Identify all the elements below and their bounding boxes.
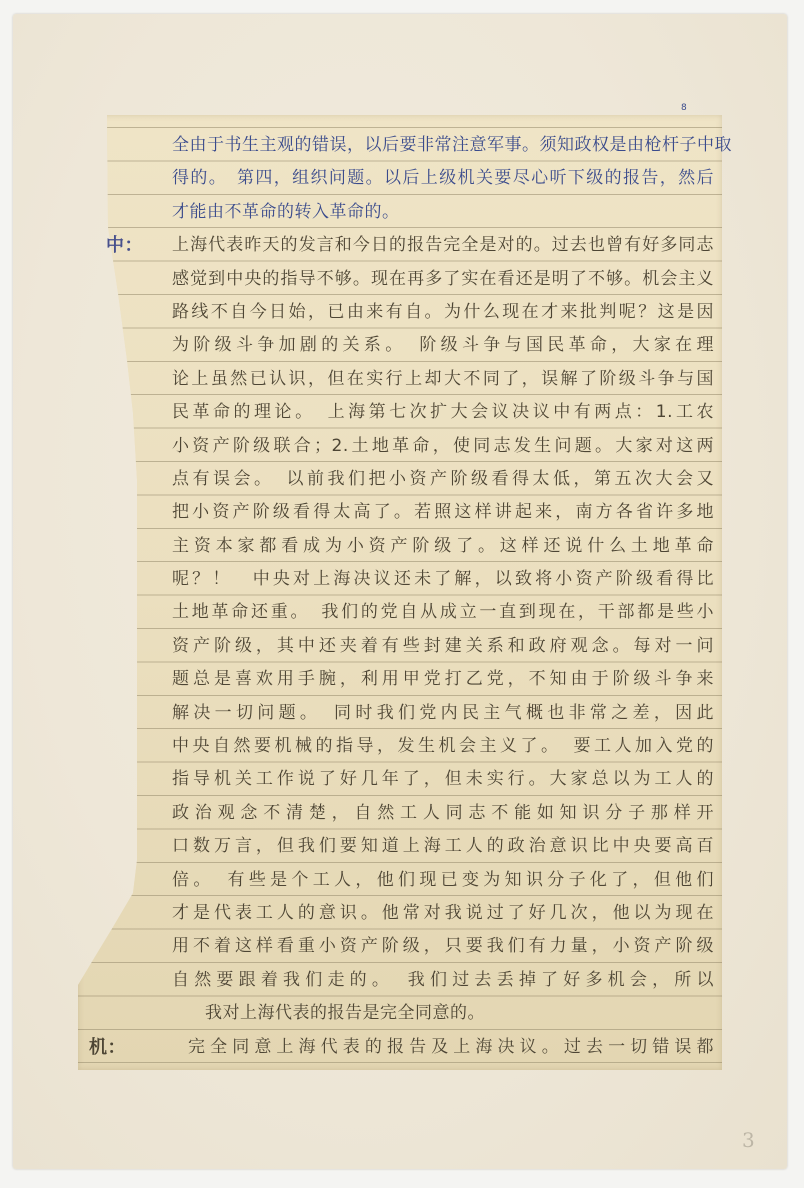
line-text: 民革命的理论。 上海第七次扩大会议决议中有两点：1.工农 (172, 396, 714, 429)
manuscript-line: 机：完全同意上海代表的报告及上海决议。过去一切错误都 (172, 1031, 714, 1064)
line-text: 为阶级斗争加剧的关系。 阶级斗争与国民革命，大家在理 (172, 329, 714, 362)
pencil-page-number: 3 (742, 1128, 755, 1152)
line-text: 才能由不革命的转入革命的。 (172, 196, 714, 229)
line-text: 资产阶级，其中还夹着有些封建关系和政府观念。每对一问 (172, 630, 714, 663)
line-text: 小资产阶级联合；2.土地革命，使同志发生问题。大家对这两 (172, 430, 714, 463)
speaker-label: 机： (89, 1031, 126, 1064)
manuscript-line: 我对上海代表的报告是完全同意的。 (172, 997, 714, 1030)
manuscript-line: 为阶级斗争加剧的关系。 阶级斗争与国民革命，大家在理 (172, 329, 714, 362)
manuscript-line: 口数万言，但我们要知道上海工人的政治意识比中央要高百 (172, 830, 714, 863)
line-text: 上海代表昨天的发言和今日的报告完全是对的。过去也曾有好多同志 (172, 229, 714, 262)
manuscript-line: 点有误会。 以前我们把小资产阶级看得太低，第五次大会又 (172, 463, 714, 496)
speaker-label: 中： (106, 229, 143, 262)
line-text: 全由于书生主观的错误，以后要非常注意军事。须知政权是由枪杆子中取 (172, 129, 714, 162)
manuscript-line: 小资产阶级联合；2.土地革命，使同志发生问题。大家对这两 (172, 430, 714, 463)
line-text: 呢？！ 中央对上海决议还未了解，以致将小资产阶级看得比 (172, 563, 714, 596)
manuscript-line: 自然要跟着我们走的。 我们过去丢掉了好多机会，所以 (172, 964, 714, 997)
manuscript-line: 资产阶级，其中还夹着有些封建关系和政府观念。每对一问 (172, 630, 714, 663)
line-text: 用不着这样看重小资产阶级，只要我们有力量，小资产阶级 (172, 930, 714, 963)
manuscript-line: 才能由不革命的转入革命的。 (172, 196, 714, 229)
line-text: 解决一切问题。 同时我们党内民主气概也非常之差，因此 (172, 697, 714, 730)
line-text: 感觉到中央的指导不够。现在再多了实在看还是明了不够。机会主义 (172, 263, 714, 296)
line-text: 路线不自今日始，已由来有自。为什么现在才来批判呢？这是因 (172, 296, 714, 329)
line-text: 把小资产阶级看得太高了。若照这样讲起来，南方各省许多地 (172, 496, 714, 529)
manuscript-line: 中央自然要机械的指导，发生机会主义了。 要工人加入党的 (172, 730, 714, 763)
line-text: 政治观念不清楚，自然工人同志不能如知识分子那样开 (172, 797, 714, 830)
manuscript-line: 解决一切问题。 同时我们党内民主气概也非常之差，因此 (172, 697, 714, 730)
manuscript-line: 题总是喜欢用手腕，利用甲党打乙党，不知由于阶级斗争来 (172, 663, 714, 696)
manuscript-line: 才是代表工人的意识。他常对我说过了好几次，他以为现在 (172, 897, 714, 930)
manuscript-text: 全由于书生主观的错误，以后要非常注意军事。须知政权是由枪杆子中取 得的。 第四，… (172, 129, 714, 1064)
line-text: 指导机关工作说了好几年了，但未实行。大家总以为工人的 (172, 763, 714, 796)
line-text: 倍。 有些是个工人，他们现已变为知识分子化了，但他们 (172, 864, 714, 897)
line-text: 才是代表工人的意识。他常对我说过了好几次，他以为现在 (172, 897, 714, 930)
manuscript-line: 把小资产阶级看得太高了。若照这样讲起来，南方各省许多地 (172, 496, 714, 529)
manuscript-line: 得的。 第四，组织问题。以后上级机关要尽心听下级的报告，然后 (172, 162, 714, 195)
line-text: 土地革命还重。 我们的党自从成立一直到现在，干部都是些小 (172, 596, 714, 629)
line-text: 中央自然要机械的指导，发生机会主义了。 要工人加入党的 (172, 730, 714, 763)
manuscript-line: 全由于书生主观的错误，以后要非常注意军事。须知政权是由枪杆子中取 (172, 129, 714, 162)
manuscript-line: 用不着这样看重小资产阶级，只要我们有力量，小资产阶级 (172, 930, 714, 963)
manuscript-line: 民革命的理论。 上海第七次扩大会议决议中有两点：1.工农 (172, 396, 714, 429)
manuscript-line: 感觉到中央的指导不够。现在再多了实在看还是明了不够。机会主义 (172, 263, 714, 296)
line-text: 完全同意上海代表的报告及上海决议。过去一切错误都 (188, 1031, 714, 1064)
manuscript-line: 论上虽然已认识，但在实行上却大不同了，误解了阶级斗争与国 (172, 363, 714, 396)
marginal-annotation: 8 (681, 103, 687, 113)
manuscript-line: 指导机关工作说了好几年了，但未实行。大家总以为工人的 (172, 763, 714, 796)
line-text: 我对上海代表的报告是完全同意的。 (205, 997, 714, 1030)
manuscript-line: 路线不自今日始，已由来有自。为什么现在才来批判呢？这是因 (172, 296, 714, 329)
manuscript-line: 倍。 有些是个工人，他们现已变为知识分子化了，但他们 (172, 864, 714, 897)
line-text: 点有误会。 以前我们把小资产阶级看得太低，第五次大会又 (172, 463, 714, 496)
line-text: 主资本家都看成为小资产阶级了。这样还说什么土地革命 (172, 530, 714, 563)
manuscript-line: 呢？！ 中央对上海决议还未了解，以致将小资产阶级看得比 (172, 563, 714, 596)
line-text: 得的。 第四，组织问题。以后上级机关要尽心听下级的报告，然后 (172, 162, 714, 195)
line-text: 论上虽然已认识，但在实行上却大不同了，误解了阶级斗争与国 (172, 363, 714, 396)
manuscript-line: 主资本家都看成为小资产阶级了。这样还说什么土地革命 (172, 530, 714, 563)
line-text: 口数万言，但我们要知道上海工人的政治意识比中央要高百 (172, 830, 714, 863)
manuscript-line: 中：上海代表昨天的发言和今日的报告完全是对的。过去也曾有好多同志 (172, 229, 714, 262)
manuscript-line: 土地革命还重。 我们的党自从成立一直到现在，干部都是些小 (172, 596, 714, 629)
line-text: 自然要跟着我们走的。 我们过去丢掉了好多机会，所以 (172, 964, 714, 997)
line-text: 题总是喜欢用手腕，利用甲党打乙党，不知由于阶级斗争来 (172, 663, 714, 696)
manuscript-line: 政治观念不清楚，自然工人同志不能如知识分子那样开 (172, 797, 714, 830)
